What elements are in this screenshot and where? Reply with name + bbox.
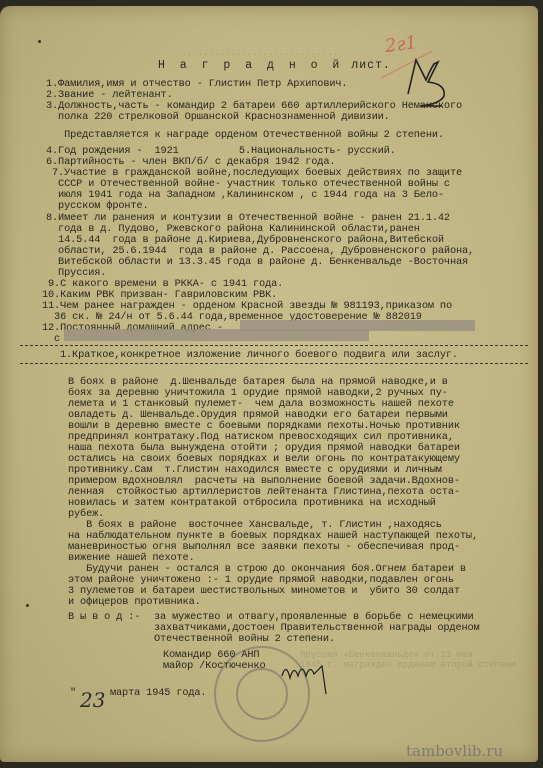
document-title: Н а г р а д н о йлист. (158, 59, 391, 72)
redacted-address-2 (64, 329, 369, 341)
divider-top (20, 345, 528, 346)
title-spaced: Н а г р а д н о й (158, 59, 343, 72)
award-recommendation: Представляется к награде орденом Отечест… (46, 130, 444, 141)
award-sheet-page: Н а г р а д н о йлист. .................… (0, 6, 538, 762)
narrative-line: новилась и затем контратакой отбросила п… (68, 498, 436, 509)
date-month-year: марта 1945 года. (110, 688, 206, 699)
date-day-handwritten: 23 (80, 688, 105, 712)
conclusion-line: Отечественной войны 2 степени. (154, 634, 335, 645)
field-3-position-cont: полка 220 стрелковой Оршанской Краснозна… (46, 112, 390, 123)
field-8-cont-4: Витебской области и 13.3.45 года в район… (46, 257, 468, 268)
divider-bottom (20, 363, 528, 364)
signature-icon (280, 656, 360, 696)
section-heading: 1.Краткое,конкретное изложение личного б… (60, 350, 458, 361)
paper-speck (26, 604, 29, 607)
title-rest: лист. (351, 59, 391, 72)
date-quote: " (70, 688, 76, 699)
watermark: tambovlib.ru (406, 742, 503, 760)
conclusion-label: В ы в о д :- (68, 612, 140, 623)
field-7-cont-3: русском фронте. (46, 201, 149, 212)
paper-speck (38, 40, 41, 43)
field-12-cont: с (42, 334, 60, 345)
commander-name: майор /Костюченко (163, 661, 266, 672)
bleed-through-text: ............................... (160, 48, 338, 58)
narrative-line: и офицеров противника. (68, 597, 201, 608)
